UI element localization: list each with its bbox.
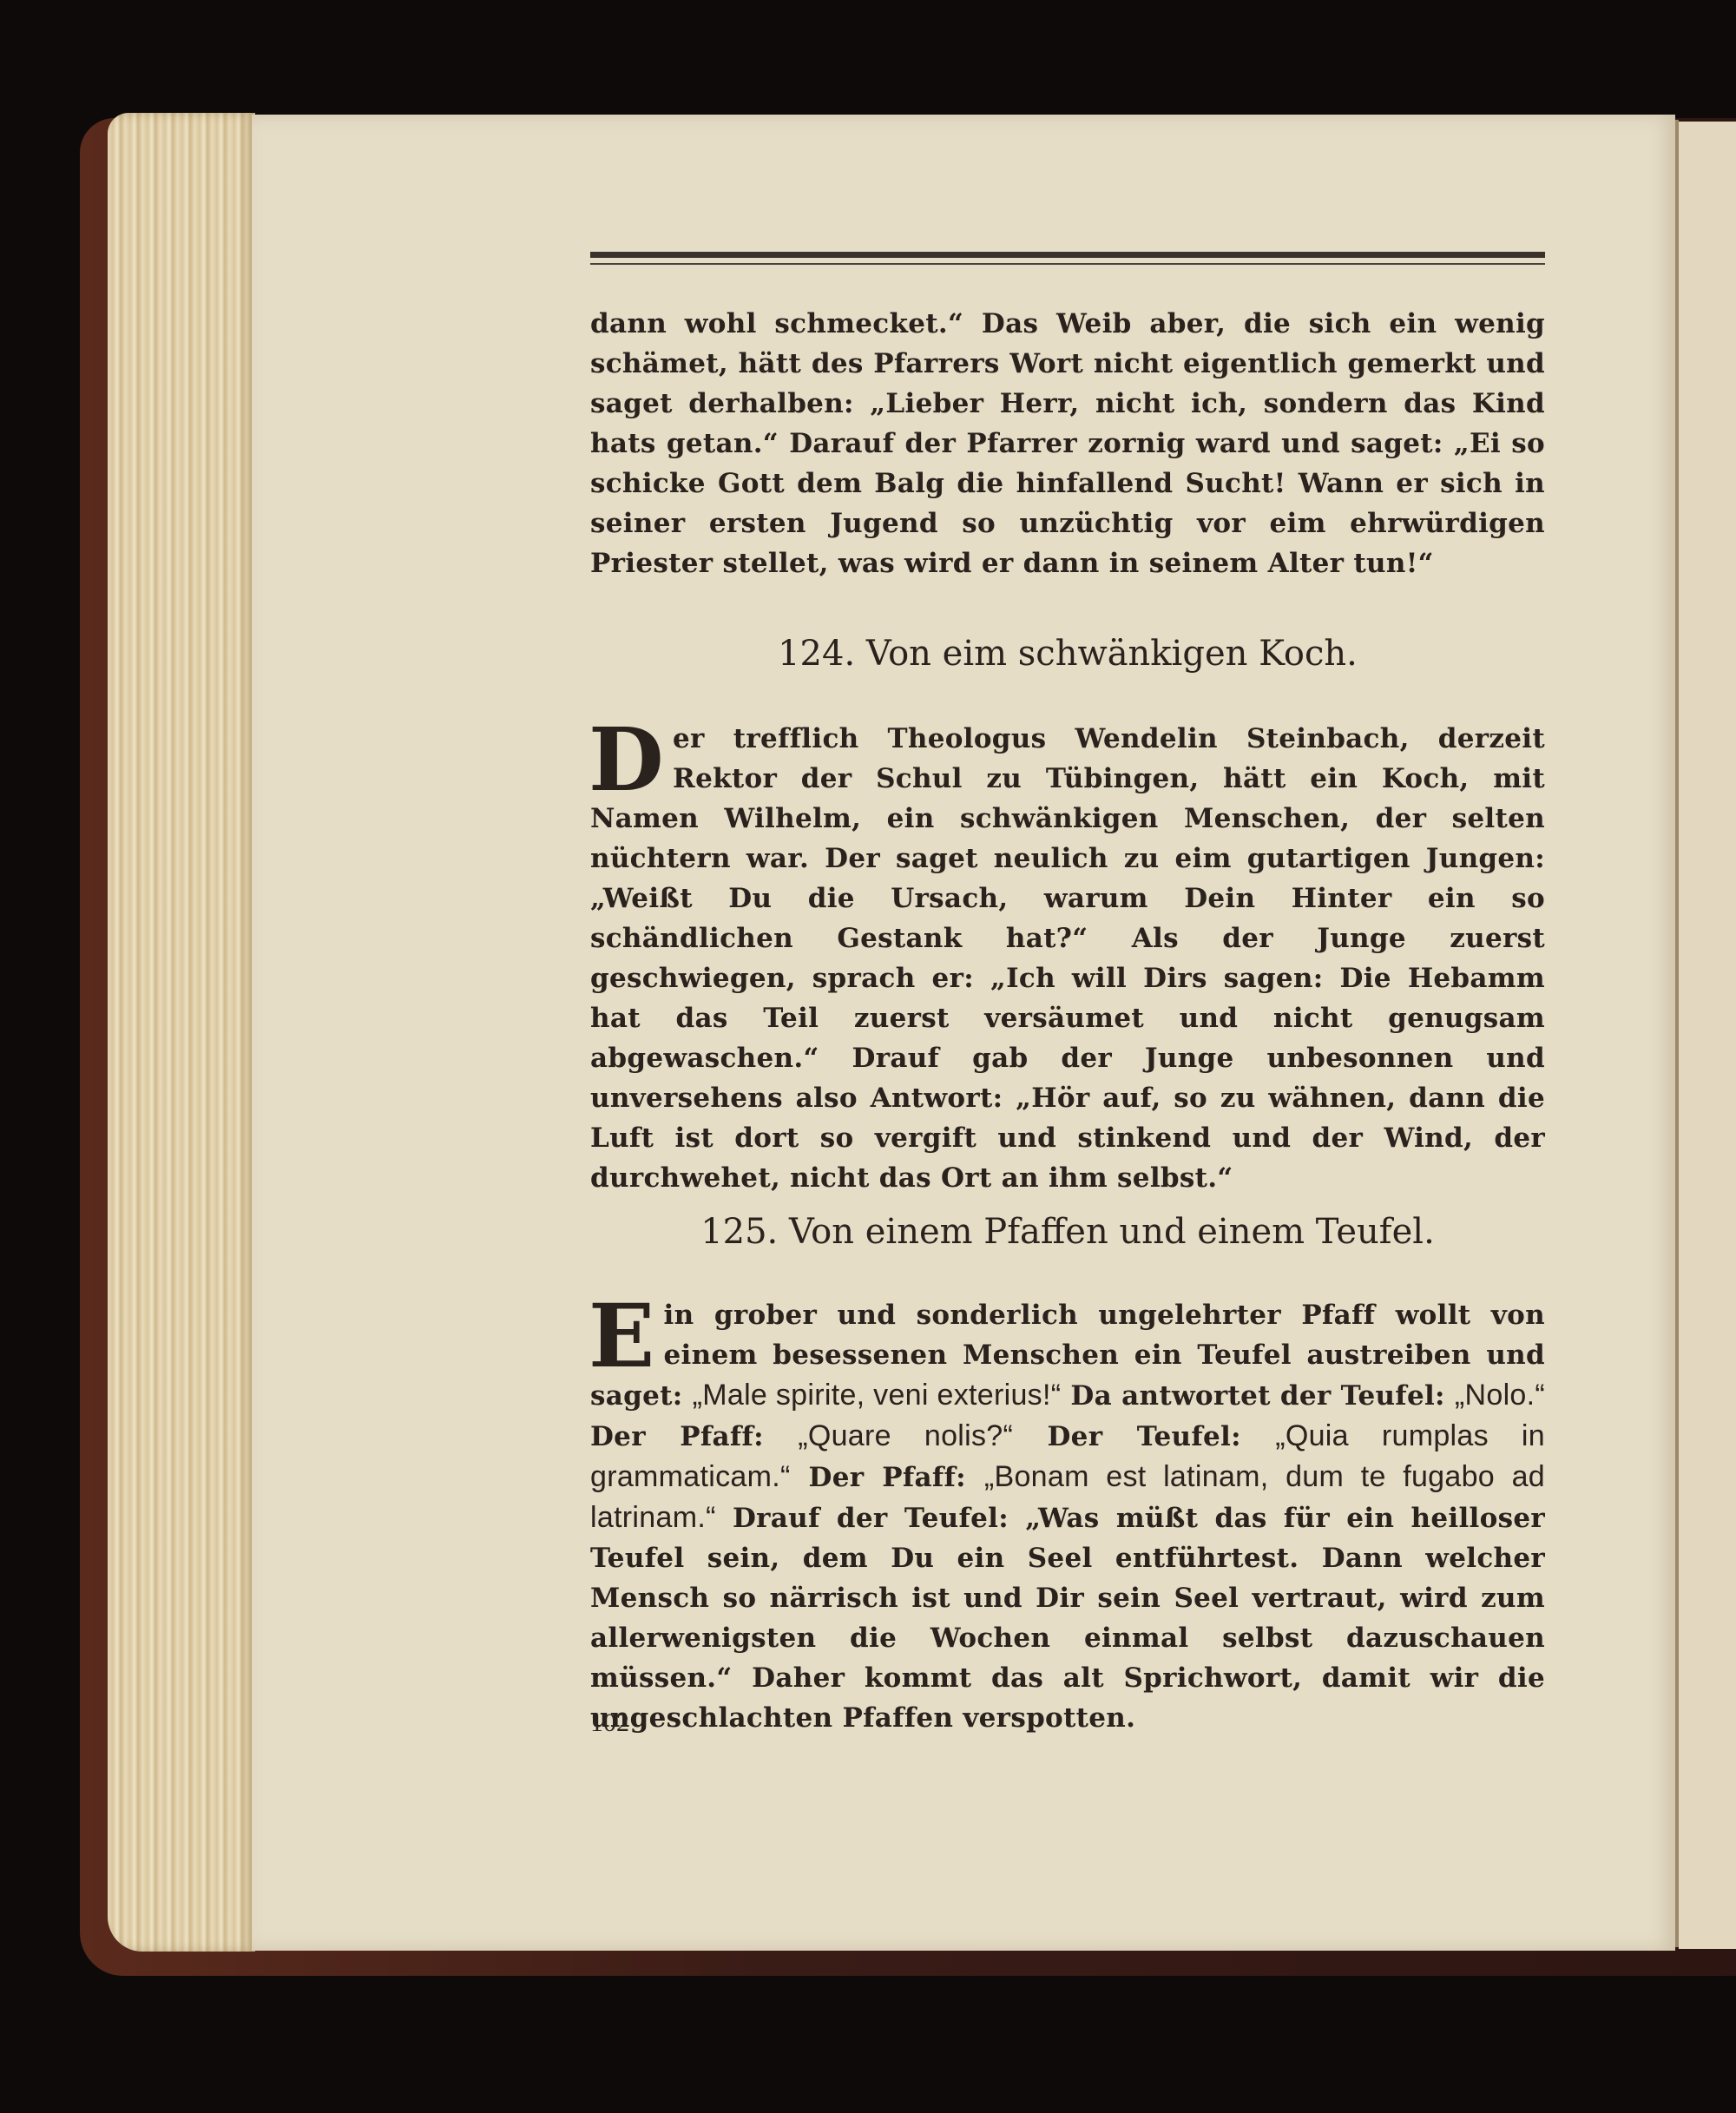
page-number: 102 [590,1708,629,1738]
header-rule [590,252,1545,258]
paragraph-text: dann wohl schmecket.“ Das Weib aber, die… [590,304,1545,583]
paragraph-text: Der Teufel: [1013,1421,1275,1452]
section-heading-125: 125. Von einem Pfaffen und einem Teufel. [590,1212,1545,1252]
section-heading-124: 124. Von eim schwänkigen Koch. [590,634,1545,674]
dropcap: D [589,722,664,797]
facing-page-edge [1679,122,1736,1949]
continued-paragraph: dann wohl schmecket.“ Das Weib aber, die… [590,304,1545,583]
paragraph-text: Der Pfaff: [590,1421,798,1452]
latin-quote: „Nolo.“ [1455,1379,1545,1412]
paragraph-text: Drauf der Teufel: „Was müßt das für ein … [590,1503,1545,1734]
paragraph-text: er trefflich Theologus Wendelin Steinbac… [590,723,1545,1194]
section-body-125: Ein grober und sonderlich ungelehrter Pf… [590,1295,1545,1738]
latin-quote: „Male spirite, veni exterius!“ [693,1379,1062,1412]
section-body-124: Der trefflich Theologus Wendelin Steinba… [590,719,1545,1198]
dropcap: E [589,1299,655,1373]
header-rule-thin [590,263,1545,265]
page-edges [108,113,255,1952]
latin-quote: „Quare nolis?“ [798,1419,1013,1452]
paragraph-text: Da antwortet der Teufel: [1061,1380,1455,1412]
paragraph-text: Der Pfaff: [791,1462,984,1493]
